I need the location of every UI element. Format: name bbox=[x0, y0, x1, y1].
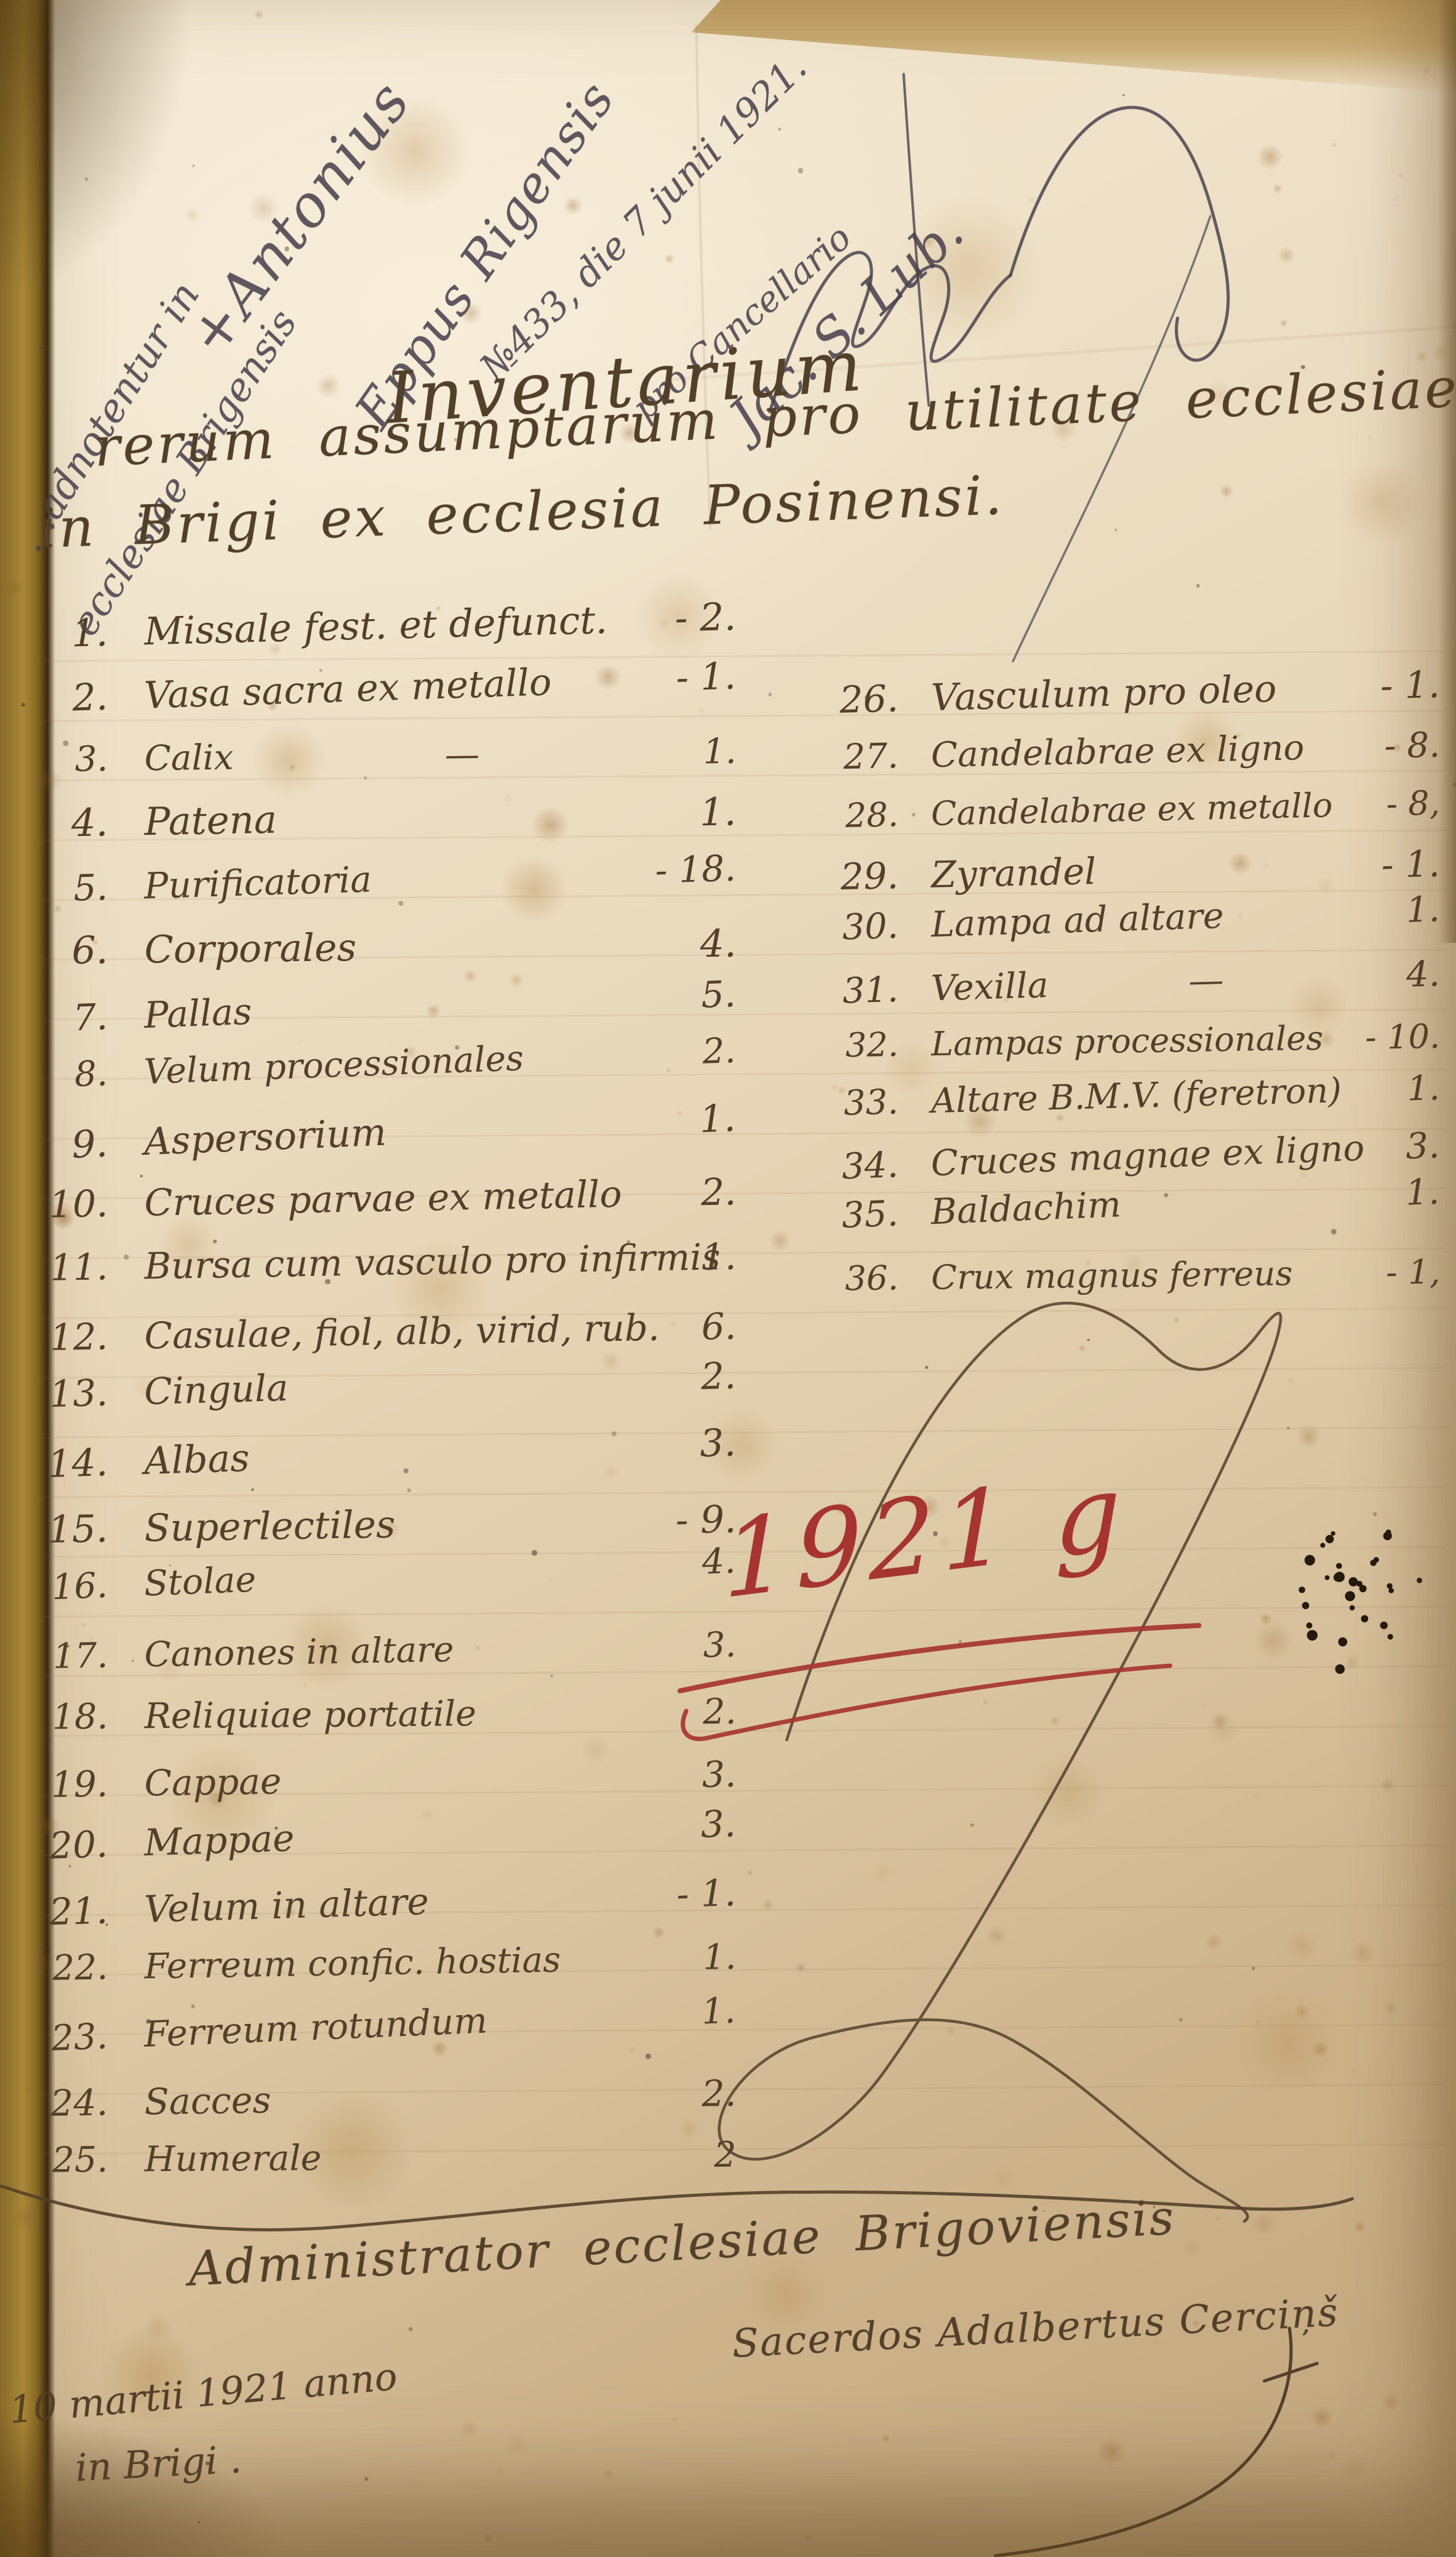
item-qty: 1. bbox=[703, 732, 737, 773]
item-name: Crux magnus ferreus bbox=[931, 1254, 1293, 1298]
item-number: 16. bbox=[6, 1565, 108, 1610]
chancellor-paraph-loop bbox=[1010, 107, 1228, 360]
item-name: Purificatoria bbox=[143, 859, 372, 907]
item-qty: - 1, bbox=[1386, 1252, 1440, 1292]
inventory-row: 25.Humerale2 bbox=[8, 2135, 737, 2204]
item-name: Lampa ad altare bbox=[930, 896, 1224, 945]
item-number: 30. bbox=[811, 906, 899, 949]
item-qty: - 1. bbox=[676, 654, 736, 700]
item-number: 1. bbox=[7, 611, 109, 657]
item-name: Vexilla bbox=[931, 965, 1049, 1009]
ink-dot-cluster bbox=[1299, 1529, 1422, 1674]
item-name: Superlectiles bbox=[144, 1503, 395, 1551]
item-name: Vasculum pro oleo bbox=[931, 667, 1278, 719]
item-name: Patena bbox=[144, 797, 277, 844]
item-qty: 1. bbox=[1404, 1172, 1440, 1214]
item-number: 8. bbox=[6, 1054, 108, 1098]
item-qty: 3. bbox=[699, 1421, 736, 1466]
item-qty: 3. bbox=[703, 1624, 736, 1665]
item-qty: 5. bbox=[700, 972, 736, 1016]
red-underline-1 bbox=[680, 1625, 1199, 1691]
item-number: 29. bbox=[811, 854, 899, 899]
item-number: 24. bbox=[7, 2082, 108, 2125]
item-number: 22. bbox=[7, 1947, 108, 1989]
item-number: 5. bbox=[6, 867, 108, 911]
item-qty: 1. bbox=[1406, 889, 1441, 932]
item-number: 14. bbox=[6, 1441, 108, 1488]
item-qty: 2. bbox=[701, 2072, 736, 2115]
item-number: 10. bbox=[7, 1182, 108, 1227]
item-number: 33. bbox=[811, 1081, 899, 1124]
item-name: Casulae, fiol, alb, virid, rub. bbox=[144, 1306, 660, 1357]
item-name: Ferreum confic. hostias bbox=[144, 1940, 561, 1987]
item-name: Albas bbox=[143, 1436, 250, 1483]
item-number: 9. bbox=[6, 1121, 109, 1169]
item-mid-dash: — bbox=[1188, 960, 1224, 1002]
manuscript-page: …adnotentur in ecclesiae Brigensis +Anto… bbox=[0, 0, 1456, 2557]
item-number: 27. bbox=[811, 735, 899, 778]
footer-place-line: in Brigi . bbox=[74, 2438, 243, 2490]
item-number: 15. bbox=[7, 1507, 108, 1553]
item-name: Corporales bbox=[144, 926, 356, 972]
item-number: 20. bbox=[6, 1823, 108, 1869]
item-number: 35. bbox=[811, 1194, 899, 1238]
item-number: 31. bbox=[811, 969, 899, 1013]
item-qty: 2. bbox=[701, 1355, 736, 1398]
item-number: 7. bbox=[6, 995, 108, 1042]
item-name: Calix bbox=[144, 738, 234, 779]
item-qty: - 8. bbox=[1384, 725, 1440, 766]
item-number: 26. bbox=[811, 676, 899, 722]
item-number: 3. bbox=[7, 739, 108, 781]
inventory-row: 17.Canones in altare3. bbox=[7, 1624, 737, 1700]
item-number: 18. bbox=[8, 1696, 109, 1738]
item-qty: 3. bbox=[702, 1754, 736, 1796]
item-qty: 2 bbox=[714, 2135, 736, 2175]
item-name: Reliquiae portatile bbox=[145, 1693, 477, 1737]
item-name: Velum in altare bbox=[143, 1879, 429, 1931]
item-qty: 1. bbox=[701, 1235, 736, 1278]
item-qty: 1. bbox=[701, 1990, 736, 2032]
item-name: Sacces bbox=[144, 2079, 271, 2123]
item-qty: 4. bbox=[1406, 954, 1440, 996]
inventory-row: 36.Crux magnus ferreus- 1, bbox=[811, 1252, 1440, 1317]
item-qty: 3. bbox=[700, 1802, 736, 1846]
inventory-row: 18.Reliquiae portatile2. bbox=[8, 1691, 737, 1761]
item-qty: - 1. bbox=[1380, 663, 1441, 707]
large-pen-flourish bbox=[719, 1303, 1281, 2221]
item-number: 11. bbox=[7, 1245, 108, 1290]
item-qty: - 2. bbox=[674, 595, 736, 641]
item-number: 13. bbox=[7, 1372, 109, 1417]
item-number: 32. bbox=[811, 1025, 899, 1065]
item-number: 17. bbox=[7, 1635, 108, 1677]
item-qty: 1. bbox=[1406, 1067, 1440, 1108]
item-name: Stolae bbox=[143, 1559, 257, 1605]
item-number: 19. bbox=[7, 1764, 108, 1806]
paraph-descender-long bbox=[1013, 216, 1210, 661]
item-name: Cappae bbox=[144, 1761, 282, 1804]
item-number: 25. bbox=[8, 2140, 109, 2181]
item-name: Lampas processionales bbox=[931, 1019, 1323, 1064]
item-qty: 1. bbox=[699, 789, 736, 835]
item-qty: - 18. bbox=[655, 848, 736, 892]
item-qty: 6. bbox=[701, 1305, 737, 1348]
item-qty: - 10. bbox=[1365, 1017, 1440, 1057]
item-mid-dash: — bbox=[444, 735, 479, 776]
item-qty: 2. bbox=[702, 1031, 736, 1072]
item-number: 36. bbox=[811, 1258, 899, 1299]
item-name: Candelabrae ex metallo bbox=[931, 786, 1333, 833]
item-name: Humerale bbox=[145, 2138, 322, 2180]
item-number: 23. bbox=[6, 2016, 109, 2061]
item-qty: 1. bbox=[699, 1096, 736, 1141]
item-qty: - 8, bbox=[1386, 783, 1440, 823]
item-name: Cingula bbox=[144, 1366, 289, 1413]
item-number: 12. bbox=[7, 1316, 108, 1360]
item-number: 28. bbox=[811, 795, 899, 836]
item-qty: - 1. bbox=[676, 1871, 736, 1916]
item-name: Pallas bbox=[143, 990, 253, 1037]
item-number: 21. bbox=[7, 1889, 109, 1935]
item-name: Mappae bbox=[143, 1817, 295, 1864]
item-qty: - 9. bbox=[676, 1498, 737, 1542]
item-qty: 3. bbox=[1405, 1125, 1440, 1167]
item-name: Cruces parvae ex metallo bbox=[144, 1172, 622, 1224]
item-name: Canones in altare bbox=[144, 1629, 454, 1674]
item-qty: 1. bbox=[703, 1937, 736, 1978]
item-name: Aspersorium bbox=[143, 1110, 387, 1164]
item-qty: 2. bbox=[701, 1170, 736, 1214]
inventory-row: 11.Bursa cum vasculo pro infirmis1. bbox=[7, 1235, 737, 1311]
item-number: 4. bbox=[7, 800, 108, 847]
item-qty: 4. bbox=[701, 1541, 736, 1583]
item-name: Bursa cum vasculo pro infirmis bbox=[144, 1235, 721, 1287]
item-qty: 2. bbox=[703, 1691, 736, 1732]
item-number: 34. bbox=[811, 1144, 899, 1189]
item-number: 2. bbox=[6, 675, 108, 722]
item-name: Candelabrae ex ligno bbox=[931, 727, 1305, 775]
item-name: Baldachim bbox=[930, 1185, 1122, 1233]
signature-descender-flourish bbox=[995, 2328, 1291, 2556]
item-qty: - 1. bbox=[1381, 842, 1440, 886]
item-name: Zyrandel bbox=[931, 850, 1097, 896]
item-number: 6. bbox=[7, 928, 108, 974]
item-qty: 4. bbox=[700, 922, 736, 967]
